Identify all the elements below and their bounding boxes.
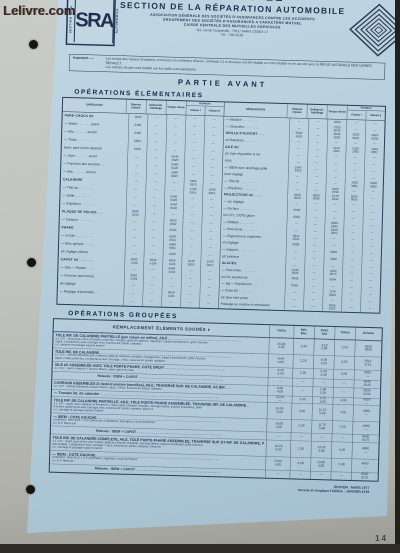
cell-value: 7,50 [332,421,353,434]
column-header: Peint. Sell. [314,326,335,339]
cell-value: — [332,434,353,442]
cell-value: 13,40 4,38 [311,442,332,458]
cell-value: — [266,432,291,440]
cell-value: — [333,387,354,397]
table-body: — Moulure . . . . . . . . .——0620——— Cha… [219,116,385,312]
cell-value: 11,15 5,00 [312,404,333,420]
cell-value: 7,50 [332,405,353,421]
cell-value: — [313,379,334,387]
cell-value: 4960 — [351,459,378,472]
cell-value: — [292,386,313,396]
punch-hole [27,258,36,267]
cell-value: 6940 9132 [354,380,381,388]
cell-value: 2,26 [292,396,313,403]
elementary-table-right: DÉSIGNATION Dépose repose Débranch. habi… [218,102,385,312]
cell-value: — [161,298,180,307]
table-body: PARE-CHOCS AV0500————— Butoir . . . . . … [57,112,223,308]
elementary-operations-table: OPÉRATION Dépose repose Débranch. habill… [56,97,386,314]
cell-value: 4960 — [353,405,380,422]
table-body: TOLE INF. DE CALANDRE PARTIELLE (par cou… [50,331,382,480]
cell-value: 19,00 4,00 [267,403,292,420]
column-header: Relevés [355,327,382,340]
cell-value: 8,49 4,00 [268,354,293,367]
cell-value: — [303,303,322,310]
cell-value: — [142,298,161,307]
header-center: RENAULT 12 SECTION DE LA RÉPARATION AUTO… [115,0,350,41]
sra-right-label: AUTOMOBILE [115,8,119,33]
cell-value: — [341,304,360,311]
paint-column-group: Peinture Classe I Classe II [347,106,385,121]
cell-value: 0920 — [353,398,380,406]
column-header: Dépose repose [287,104,307,118]
cell-value: 2,26 [290,441,311,457]
row-label [57,296,123,306]
cell-value: 9030 9132 [353,388,380,398]
column-header: Débranch. habillage [307,104,327,118]
cell-value: 2,26 [292,368,313,378]
cell-value: 11,70 5,08 [311,420,332,433]
photo-edge-right [395,0,400,553]
cell-value: — [310,471,331,479]
grouped-operations-table: REMPLACEMENT ÉLÉMENTS SOUDÉS ♦ TOTAL Méc… [49,318,383,482]
notice-label: Important. — [72,56,105,70]
cell-value: 4980 — [352,443,379,460]
cell-value: 5,49 3,39 [313,369,334,379]
cell-value: 2,26 [293,339,314,355]
cell-value: 4,08 [290,457,311,470]
sra-acronym: SRA [75,8,113,32]
cell-value: 13,40 4,38 [310,458,331,471]
cell-value: 2,26 [293,355,314,368]
cell-value: — [284,303,303,310]
cell-value: 3,53 [334,340,355,356]
cell-value: 8,19 4,00 [268,367,293,377]
cell-value: 9,00 4,00 [267,386,292,396]
cell-value: — [291,433,312,441]
column-header: Classe I [347,110,366,119]
renault-diamond-icon [348,0,400,60]
column-header: DÉSIGNATION [224,102,287,117]
sra-logo-center: SRA [74,0,115,43]
column-header: Temps relevé [165,100,185,114]
punch-hole [26,485,35,494]
cell-value: — [199,299,218,308]
cell-value: — [360,305,379,312]
cell-value: 2912 1731 [354,357,381,370]
column-header: Tôlerie [335,327,356,340]
cell-value: 5,08 [331,459,352,472]
column-header: Dépose repose [125,99,145,113]
cell-value: 4,00 [333,397,354,404]
column-header: Classe II [204,106,223,115]
cell-value: 4,19 2,00 [314,339,335,355]
column-header: OPÉRATION [63,98,126,113]
paint-column-group: Peinture Classe I Classe II [185,101,223,116]
cell-value: — [311,434,332,442]
cell-value: 19,20 4,00 [266,440,291,457]
cell-value: — [333,379,354,387]
cell-value: 15,00 4,00 [269,338,294,355]
document-header: SECTION de la SRA AUTOMOBILE RENAULT 12 … [56,0,392,60]
cell-value: 3,00 [333,369,354,379]
cell-value: — [290,471,311,479]
cell-value: — [180,299,199,308]
punch-hole [29,40,38,49]
cell-value: 19,00 4,00 [266,419,291,432]
elementary-table-left: OPÉRATION Dépose repose Débranch. habill… [57,98,223,308]
column-header: Classe I [186,106,205,115]
cell-value: 8900 9175 [351,472,378,480]
cell-value: 19,40 4,00 [265,457,290,470]
cell-value: — [268,378,293,386]
cell-value: 4920 0930 [355,340,382,357]
cell-value: — [292,378,313,386]
notice-text: Les temps des travaux (exprimés en heure… [105,57,381,77]
cell-value: 6,38 2,00 [313,356,334,369]
column-header: Méc. Élec. [294,326,315,339]
cell-value: 5,08 [331,442,352,458]
cell-value: 1,38 1,00 [312,387,333,397]
column-header: Classe II [366,111,385,120]
photo-edge-bottom [0,544,400,553]
document-content: SECTION de la SRA AUTOMOBILE RENAULT 12 … [44,0,392,495]
cell-value: — [265,470,290,478]
watermark: Lelivre.com [3,3,75,18]
cell-value: 4,75 2,00 [312,397,333,404]
cell-value: 0990 9102 [322,304,341,311]
scanned-document-photo: SECTION de la SRA AUTOMOBILE RENAULT 12 … [0,0,400,553]
cell-value: 4980 — [352,422,379,435]
cell-value: 3,53 [334,356,355,369]
cell-value: 2,26 [291,404,312,420]
cell-value: 10,20 — [267,396,292,403]
cell-value: 4930 — [354,370,381,380]
row-label: Passage au marbre si nécessaire [219,301,285,310]
column-header: Débranch. habillage [145,100,165,114]
column-header: Temps relevé [327,105,347,119]
cell-value: 2,26 [291,420,312,433]
column-header: TOTAL [269,325,294,338]
page-number: 14 [375,534,388,543]
cell-value: — [123,297,142,306]
cell-value: 8900 9175 [352,435,379,443]
cell-value: — [331,472,352,480]
